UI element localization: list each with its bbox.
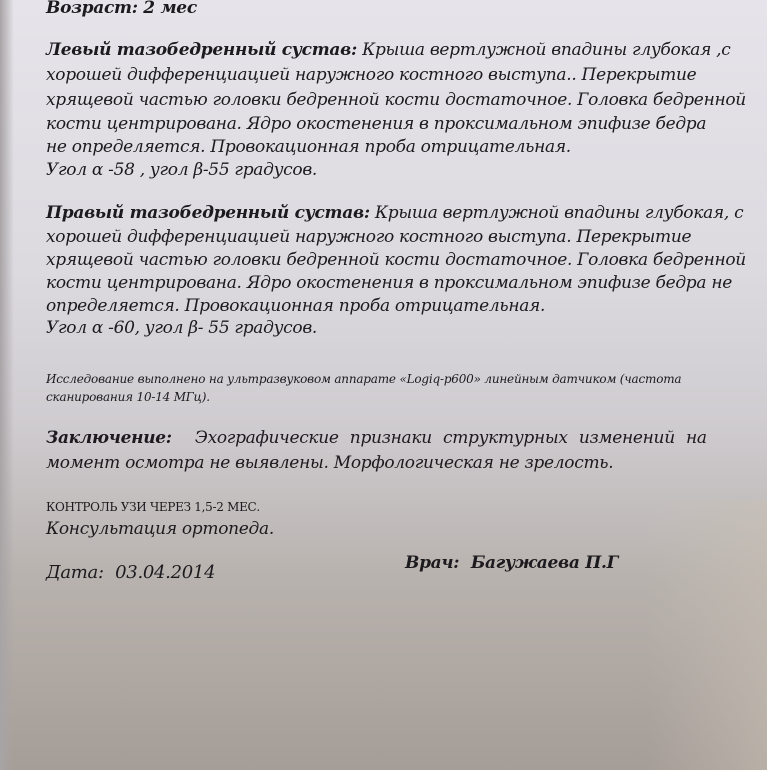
consultation-note: Консультация ортопеда. — [46, 519, 274, 539]
left-hip-heading: Левый тазобедренный сустав: — [46, 40, 357, 60]
left-hip-line-5: не определяется. Провокационная проба от… — [46, 137, 571, 157]
right-hip-line-2: хорошей дифференциацией наружного костно… — [46, 227, 691, 247]
paper-light-gradient — [647, 500, 767, 770]
date-value: 03.04.2014 — [115, 562, 215, 583]
left-hip-line-4: кости центрирована. Ядро окостенения в п… — [46, 114, 706, 134]
followup-note: КОНТРОЛЬ УЗИ ЧЕРЕЗ 1,5-2 МЕС. — [46, 500, 260, 514]
right-hip-text: Крыша вертлужной впадины глубокая, с — [375, 203, 743, 223]
conclusion-text: Эхографические признаки структурных изме… — [195, 428, 707, 448]
left-hip-line-1: Левый тазобедренный сустав: Крыша вертлу… — [46, 40, 730, 60]
left-hip-text: Крыша вертлужной впадины глубокая ,с — [362, 40, 730, 60]
left-hip-angles: Угол α -58 , угол β-55 градусов. — [46, 160, 317, 180]
conclusion-heading: Заключение: — [46, 428, 172, 448]
conclusion-line-2: момент осмотра не выявлены. Морфологичес… — [46, 453, 613, 473]
patient-age: Возраст: 2 мес — [46, 0, 197, 18]
equipment-line-1: Исследование выполнено на ультразвуковом… — [46, 372, 681, 386]
left-hip-line-3: хрящевой частью головки бедренной кости … — [46, 90, 746, 110]
right-hip-line-4: кости центрирована. Ядро окостенения в п… — [46, 273, 732, 293]
left-hip-line-2: хорошей дифференциацией наружного костно… — [46, 65, 696, 85]
equipment-line-2: сканирования 10-14 МГц). — [46, 390, 210, 404]
right-hip-line-5: определяется. Провокационная проба отриц… — [46, 296, 545, 316]
paper-edge-shadow — [0, 0, 14, 770]
date-label: Дата: — [46, 562, 104, 583]
right-hip-line-3: хрящевой частью головки бедренной кости … — [46, 250, 746, 270]
doctor-name: Багужаева П.Г — [471, 553, 618, 573]
date-row: Дата: 03.04.2014 — [46, 562, 215, 583]
right-hip-angles: Угол α -60, угол β- 55 градусов. — [46, 318, 317, 338]
right-hip-heading: Правый тазобедренный сустав: — [46, 203, 370, 223]
doctor-label: Врач: — [405, 553, 459, 573]
conclusion-line-1: Заключение: Эхографические признаки стру… — [46, 428, 707, 448]
doctor-row: Врач: Багужаева П.Г — [405, 553, 618, 573]
right-hip-line-1: Правый тазобедренный сустав: Крыша вертл… — [46, 203, 743, 223]
